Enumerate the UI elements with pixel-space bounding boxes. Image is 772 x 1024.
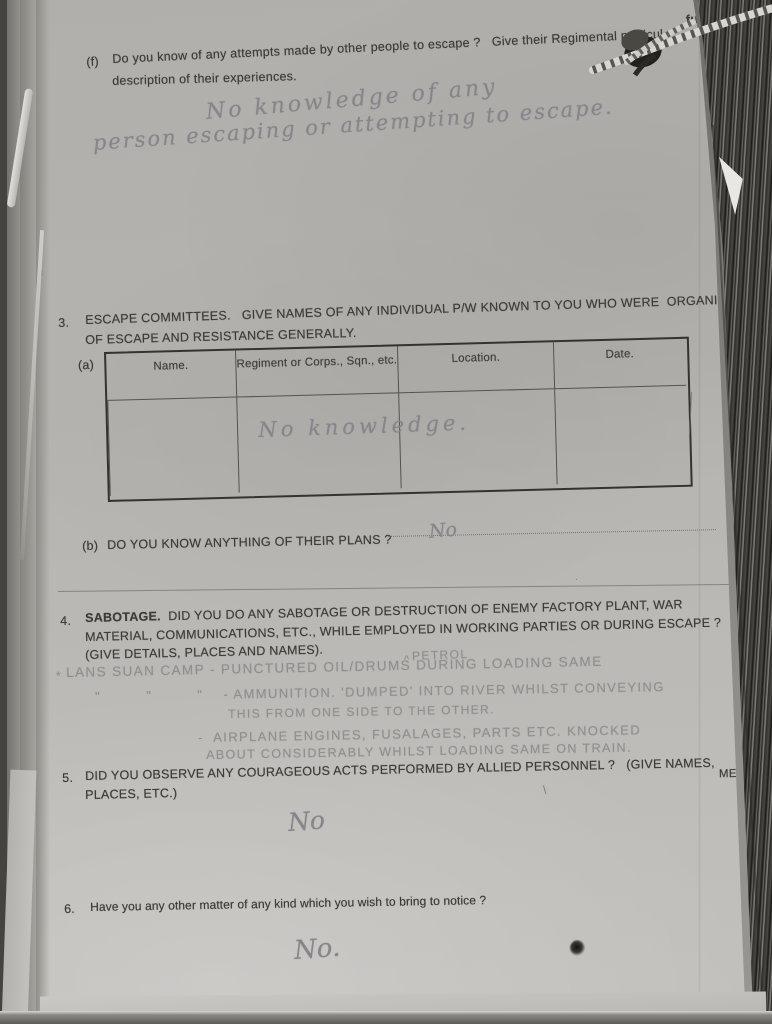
left-page-stack-edge-4 (36, 0, 50, 1024)
question-b-text: DO YOU KNOW ANYTHING OF THEIR PLANS ? (107, 532, 392, 554)
col-header-location: Location. (397, 342, 554, 393)
section5-answer: No (287, 805, 326, 837)
question-f-label: (f) (86, 53, 99, 70)
paper-crease (698, 0, 701, 1024)
section5-line2: PLACES, ETC.) (85, 785, 178, 804)
section3-number: 3. (58, 315, 69, 332)
col-header-regiment: Regiment or Corps., Sqn., etc. (235, 346, 398, 397)
table-cell-date (554, 386, 688, 484)
section-divider-line (58, 584, 746, 592)
sabotage-answer-line3: THIS FROM ONE SIDE TO THE OTHER. (228, 702, 495, 721)
scanned-form-page: (f) Do you know of any attempts made by … (0, 0, 772, 1024)
section6-text: Have you any other matter of any kind wh… (90, 892, 486, 915)
question-b-label: (b) (82, 538, 98, 555)
section4-number: 4. (60, 613, 71, 630)
string-twist-shading (593, 6, 772, 70)
section5-line1: DID YOU OBSERVE ANY COURAGEOUS ACTS PERF… (85, 755, 715, 785)
question-b-answer: No (428, 519, 458, 543)
stray-pencil-tick: \ (543, 783, 546, 797)
ink-blot (570, 940, 585, 956)
col-header-name: Name. (106, 351, 236, 401)
answer-margin-asterisk: * (56, 669, 62, 683)
sabotage-answer-line2: " " " - AMMUNITION. 'DUMPED' INTO RIVER … (95, 679, 665, 704)
section3-heading-line2: OF ESCAPE AND RESISTANCE GENERALLY. (85, 325, 357, 349)
section3-heading-line1: ESCAPE COMMITTEES. GIVE NAMES OF ANY IND… (85, 291, 753, 329)
binding-string (575, 0, 772, 95)
section5-number: 5. (62, 770, 73, 787)
section6-number: 6. (64, 901, 75, 918)
table-cell-name (107, 398, 238, 496)
question-f-line2: description of their experiences. (112, 68, 297, 90)
stray-dot: . (575, 572, 578, 583)
section4-title: SABOTAGE. (85, 609, 161, 625)
item-a-label: (a) (78, 357, 94, 374)
bottom-scan-edge (0, 1011, 772, 1024)
table-cell-location (398, 389, 556, 488)
table-cell-regiment (236, 393, 400, 492)
section6-answer: No. (293, 933, 341, 966)
col-header-date: Date. (553, 339, 686, 389)
